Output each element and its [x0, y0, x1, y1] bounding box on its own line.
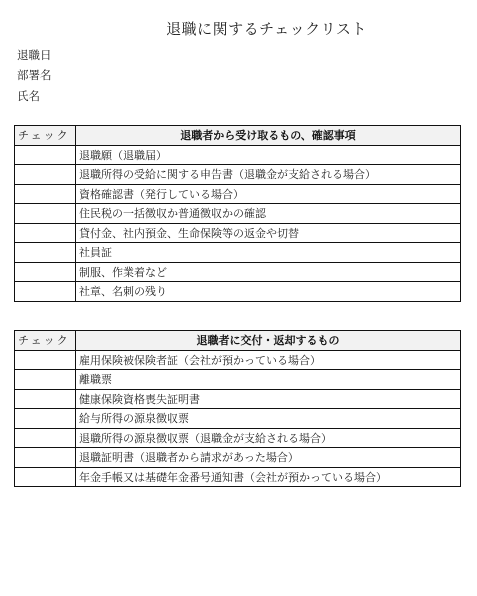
- item-cell: 社章、名刺の残り: [76, 282, 461, 302]
- check-cell[interactable]: [15, 409, 76, 429]
- item-cell: 退職願（退職届）: [76, 145, 461, 165]
- table-row: 雇用保険被保険者証（会社が預かっている場合）: [15, 350, 461, 370]
- item-cell: 資格確認書（発行している場合）: [76, 184, 461, 204]
- check-cell[interactable]: [15, 184, 76, 204]
- item-cell: 退職所得の受給に関する申告書（退職金が支給される場合）: [76, 165, 461, 185]
- item-cell: 貸付金、社内預金、生命保険等の返金や切替: [76, 223, 461, 243]
- check-cell[interactable]: [15, 389, 76, 409]
- item-cell: 社員証: [76, 243, 461, 263]
- item-cell: 年金手帳又は基礎年金番号通知書（会社が預かっている場合）: [76, 467, 461, 487]
- deliver-checklist-table: チェック 退職者に交付・返却するもの 雇用保険被保険者証（会社が預かっている場合…: [14, 330, 461, 487]
- page-title: 退職に関するチェックリスト: [0, 18, 477, 39]
- table-header-row: チェック 退職者から受け取るもの、確認事項: [15, 126, 461, 146]
- table-row: 健康保険資格喪失証明書: [15, 389, 461, 409]
- check-cell[interactable]: [15, 370, 76, 390]
- check-cell[interactable]: [15, 467, 76, 487]
- table-row: 制服、作業着など: [15, 262, 461, 282]
- table-row: 退職所得の受給に関する申告書（退職金が支給される場合）: [15, 165, 461, 185]
- field-name: 氏名: [17, 88, 40, 104]
- check-cell[interactable]: [15, 282, 76, 302]
- table-header-row: チェック 退職者に交付・返却するもの: [15, 331, 461, 351]
- table-row: 年金手帳又は基礎年金番号通知書（会社が預かっている場合）: [15, 467, 461, 487]
- check-column-header: チェック: [15, 126, 76, 146]
- table-row: 貸付金、社内預金、生命保険等の返金や切替: [15, 223, 461, 243]
- table-row: 社章、名刺の残り: [15, 282, 461, 302]
- table-row: 資格確認書（発行している場合）: [15, 184, 461, 204]
- item-cell: 雇用保険被保険者証（会社が預かっている場合）: [76, 350, 461, 370]
- item-cell: 制服、作業着など: [76, 262, 461, 282]
- check-cell[interactable]: [15, 223, 76, 243]
- receive-checklist-table: チェック 退職者から受け取るもの、確認事項 退職願（退職届） 退職所得の受給に関…: [14, 125, 461, 302]
- check-cell[interactable]: [15, 262, 76, 282]
- table-row: 退職所得の源泉徴収票（退職金が支給される場合）: [15, 428, 461, 448]
- field-retirement-date: 退職日: [17, 47, 52, 63]
- receive-table-title: 退職者から受け取るもの、確認事項: [76, 126, 461, 146]
- check-cell[interactable]: [15, 145, 76, 165]
- check-cell[interactable]: [15, 243, 76, 263]
- deliver-table-title: 退職者に交付・返却するもの: [76, 331, 461, 351]
- item-cell: 退職所得の源泉徴収票（退職金が支給される場合）: [76, 428, 461, 448]
- item-cell: 給与所得の源泉徴収票: [76, 409, 461, 429]
- check-cell[interactable]: [15, 165, 76, 185]
- table-row: 住民税の一括徴収か普通徴収かの確認: [15, 204, 461, 224]
- field-department: 部署名: [17, 67, 52, 83]
- item-cell: 離職票: [76, 370, 461, 390]
- item-cell: 退職証明書（退職者から請求があった場合）: [76, 448, 461, 468]
- check-cell[interactable]: [15, 448, 76, 468]
- check-cell[interactable]: [15, 204, 76, 224]
- table-row: 離職票: [15, 370, 461, 390]
- table-row: 給与所得の源泉徴収票: [15, 409, 461, 429]
- check-cell[interactable]: [15, 350, 76, 370]
- table-row: 退職証明書（退職者から請求があった場合）: [15, 448, 461, 468]
- item-cell: 住民税の一括徴収か普通徴収かの確認: [76, 204, 461, 224]
- table-row: 退職願（退職届）: [15, 145, 461, 165]
- table-row: 社員証: [15, 243, 461, 263]
- check-column-header: チェック: [15, 331, 76, 351]
- item-cell: 健康保険資格喪失証明書: [76, 389, 461, 409]
- check-cell[interactable]: [15, 428, 76, 448]
